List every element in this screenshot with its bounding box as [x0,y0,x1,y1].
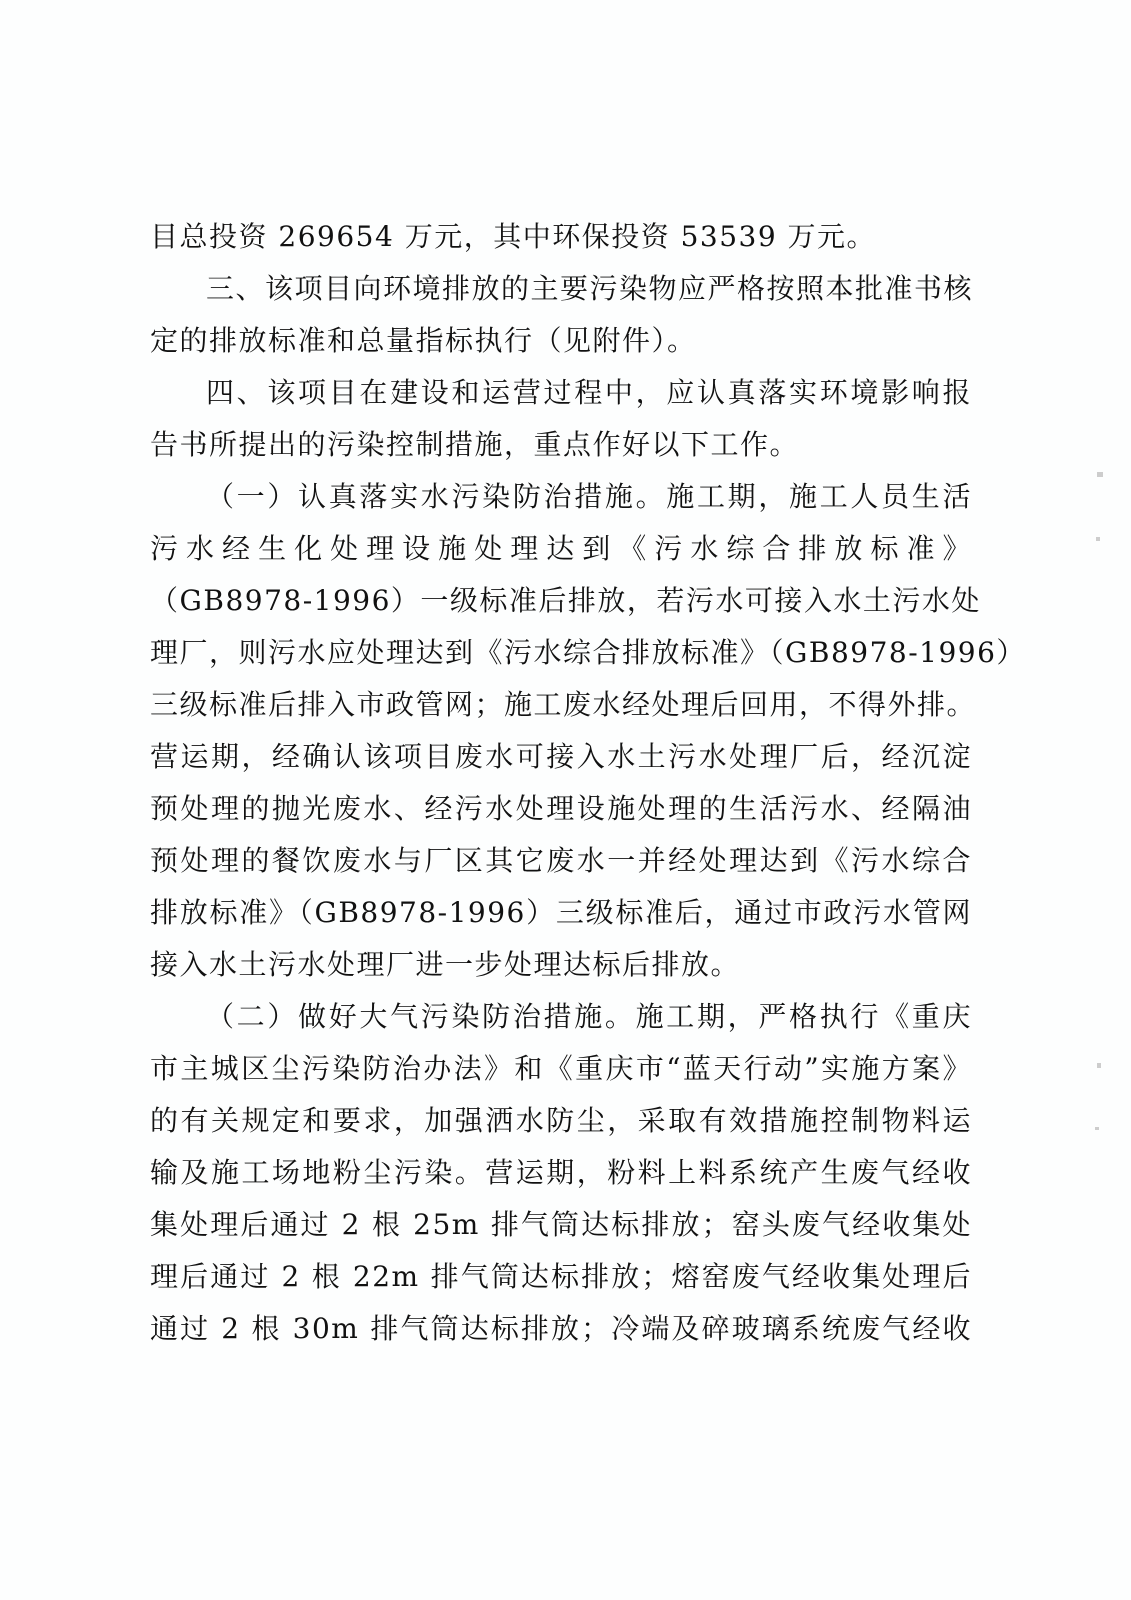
text-line-section-3-end: 定的排放标准和总量指标执行（见附件）。 [150,318,972,370]
scan-artifact [1097,1063,1101,1068]
text-line-water: （GB8978-1996）一级标准后排放，若污水可接入水土污水处 [150,578,972,630]
text-line-water-end: 接入水土污水处理厂进一步处理达标后排放。 [150,942,972,994]
text-line-water-start: （一）认真落实水污染防治措施。施工期，施工人员生活 [150,474,972,526]
scan-artifact [1095,1127,1099,1130]
scan-artifact [1096,537,1100,541]
text-line-air: 市主城区尘污染防治办法》和《重庆市“蓝天行动”实施方案》 [150,1046,972,1098]
text-line-section-4-end: 告书所提出的污染控制措施，重点作好以下工作。 [150,422,972,474]
text-line-water: 排放标准》（GB8978-1996）三级标准后，通过市政污水管网 [150,890,972,942]
scan-artifact [1097,472,1103,477]
text-line-water: 三级标准后排入市政管网；施工废水经处理后回用，不得外排。 [150,682,972,734]
text-line-water: 污水经生化处理设施处理达到《污水综合排放标准》 [150,526,972,578]
text-line-air: 的有关规定和要求，加强洒水防尘，采取有效措施控制物料运 [150,1098,972,1150]
text-line-water: 营运期，经确认该项目废水可接入水土污水处理厂后，经沉淀 [150,734,972,786]
text-line-section-3-start: 三、该项目向环境排放的主要污染物应严格按照本批准书核 [150,266,972,318]
text-line-air: 集处理后通过 2 根 25m 排气筒达标排放；窑头废气经收集处 [150,1202,972,1254]
text-line-water: 预处理的抛光废水、经污水处理设施处理的生活污水、经隔油 [150,786,972,838]
text-line-air: 输及施工场地粉尘污染。营运期，粉料上料系统产生废气经收 [150,1150,972,1202]
text-line-total-investment: 目总投资 269654 万元，其中环保投资 53539 万元。 [150,214,972,266]
text-line-water: 预处理的餐饮废水与厂区其它废水一并经处理达到《污水综合 [150,838,972,890]
text-line-section-4-start: 四、该项目在建设和运营过程中，应认真落实环境影响报 [150,370,972,422]
text-line-air-start: （二）做好大气污染防治措施。施工期，严格执行《重庆 [150,994,972,1046]
document-body: 目总投资 269654 万元，其中环保投资 53539 万元。 三、该项目向环境… [150,214,972,1358]
text-line-air: 通过 2 根 30m 排气筒达标排放；冷端及碎玻璃系统废气经收 [150,1306,972,1358]
document-page: 目总投资 269654 万元，其中环保投资 53539 万元。 三、该项目向环境… [0,0,1131,1600]
text-line-water: 理厂，则污水应处理达到《污水综合排放标准》（GB8978-1996） [150,630,972,682]
text-line-air: 理后通过 2 根 22m 排气筒达标排放；熔窑废气经收集处理后 [150,1254,972,1306]
